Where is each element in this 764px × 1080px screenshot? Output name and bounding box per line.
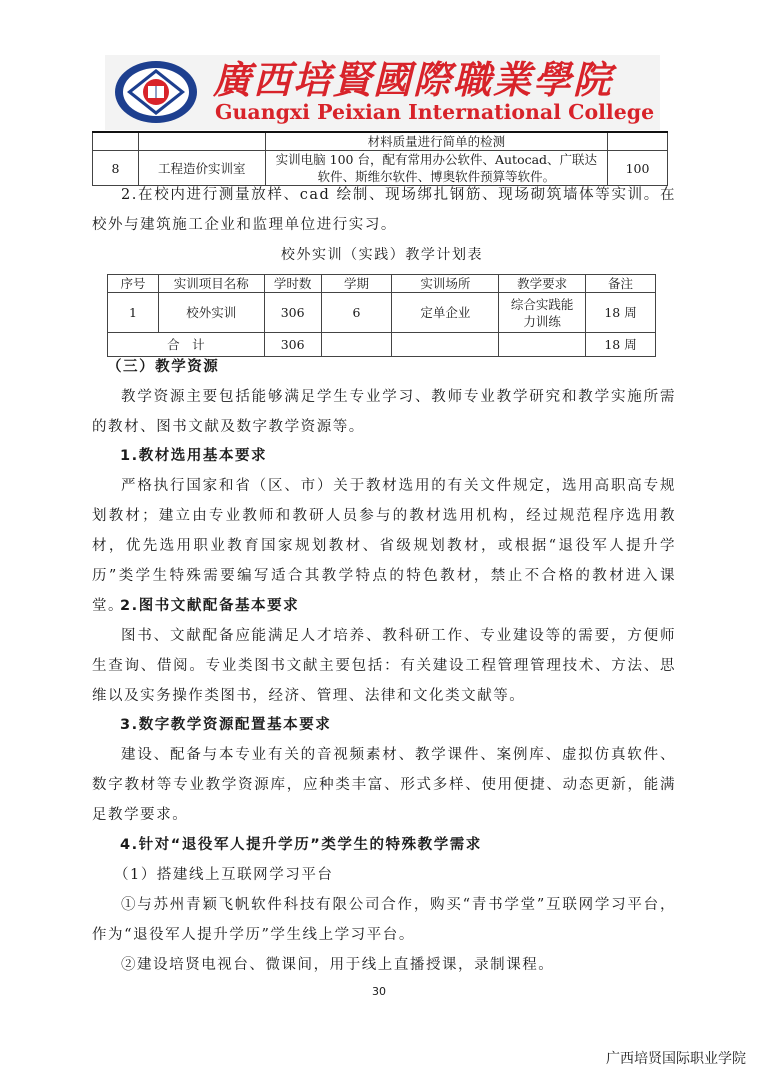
total-note: 18 周 — [586, 333, 656, 357]
subsection-p1-4: ①与苏州青颖飞帆软件科技有限公司合作，购买“青书学堂”互联网学习平台，作为“退役… — [92, 890, 676, 950]
lab-no — [93, 132, 139, 151]
table-row: 1 校外实训 306 6 定单企业 综合实践能力训练 18 周 — [108, 293, 656, 333]
total-hours: 306 — [264, 333, 321, 357]
col-header: 教学要求 — [499, 275, 586, 293]
college-banner: 廣西培賢國際職業學院 Guangxi Peixian International… — [105, 55, 660, 130]
table-header-row: 序号 实训项目名称 学时数 学期 实训场所 教学要求 备注 — [108, 275, 656, 293]
subsection-sub-4: （1）搭建线上互联网学习平台 — [92, 860, 676, 890]
col-header: 序号 — [108, 275, 159, 293]
cell-name: 校外实训 — [158, 293, 264, 333]
college-name-cn: 廣西培賢國際職業學院 — [213, 58, 613, 102]
subsection-p2-4: ②建设培贤电视台、微课间，用于线上直播授课，录制课程。 — [92, 950, 676, 980]
subsection-text-3: 建设、配备与本专业有关的音视频素材、教学课件、案例库、虚拟仿真软件、数字教材等专… — [92, 740, 676, 830]
cell-requirement: 综合实践能力训练 — [499, 293, 586, 333]
subsection-title-1: 1.教材选用基本要求 — [120, 441, 267, 471]
total-place — [392, 333, 499, 357]
page-number: 30 — [372, 985, 386, 998]
section-title: （三）教学资源 — [107, 352, 219, 382]
total-term — [321, 333, 392, 357]
college-name-en: Guangxi Peixian International College — [215, 100, 654, 124]
paragraph-practice: 2.在校内进行测量放样、cad 绘制、现场绑扎钢筋、现场砌筑墙体等实训。在校外与… — [92, 180, 676, 240]
col-header: 学期 — [321, 275, 392, 293]
cell-place: 定单企业 — [392, 293, 499, 333]
table-row: 材料质量进行简单的检测 — [93, 132, 668, 151]
col-header: 学时数 — [264, 275, 321, 293]
practice-table-title: 校外实训（实践）教学计划表 — [0, 240, 764, 270]
section-intro: 教学资源主要包括能够满足学生专业学习、教师专业教学研究和教学实施所需的教材、图书… — [92, 382, 676, 442]
lab-table: 材料质量进行简单的检测 8 工程造价实训室 实训电脑 100 台，配有常用办公软… — [92, 131, 668, 186]
subsection-title-3: 3.数字教学资源配置基本要求 — [120, 710, 331, 740]
cell-no: 1 — [108, 293, 159, 333]
lab-capacity — [608, 132, 668, 151]
cell-term: 6 — [321, 293, 392, 333]
footer-college-name: 广西培贤国际职业学院 — [606, 1048, 746, 1068]
cell-hours: 306 — [264, 293, 321, 333]
lab-name — [138, 132, 265, 151]
cell-note: 18 周 — [586, 293, 656, 333]
col-header: 备注 — [586, 275, 656, 293]
total-requirement — [499, 333, 586, 357]
practice-table: 序号 实训项目名称 学时数 学期 实训场所 教学要求 备注 1 校外实训 306… — [107, 274, 656, 357]
subsection-title-2: 2.图书文献配备基本要求 — [120, 591, 299, 621]
subsection-title-4: 4.针对“退役军人提升学历”类学生的特殊教学需求 — [120, 830, 482, 860]
subsection-text-2: 图书、文献配备应能满足人才培养、教科研工作、专业建设等的需要，方便师生查询、借阅… — [92, 621, 676, 711]
col-header: 实训场所 — [392, 275, 499, 293]
col-header: 实训项目名称 — [158, 275, 264, 293]
college-logo-icon — [113, 59, 199, 125]
lab-equipment: 材料质量进行简单的检测 — [265, 132, 607, 151]
